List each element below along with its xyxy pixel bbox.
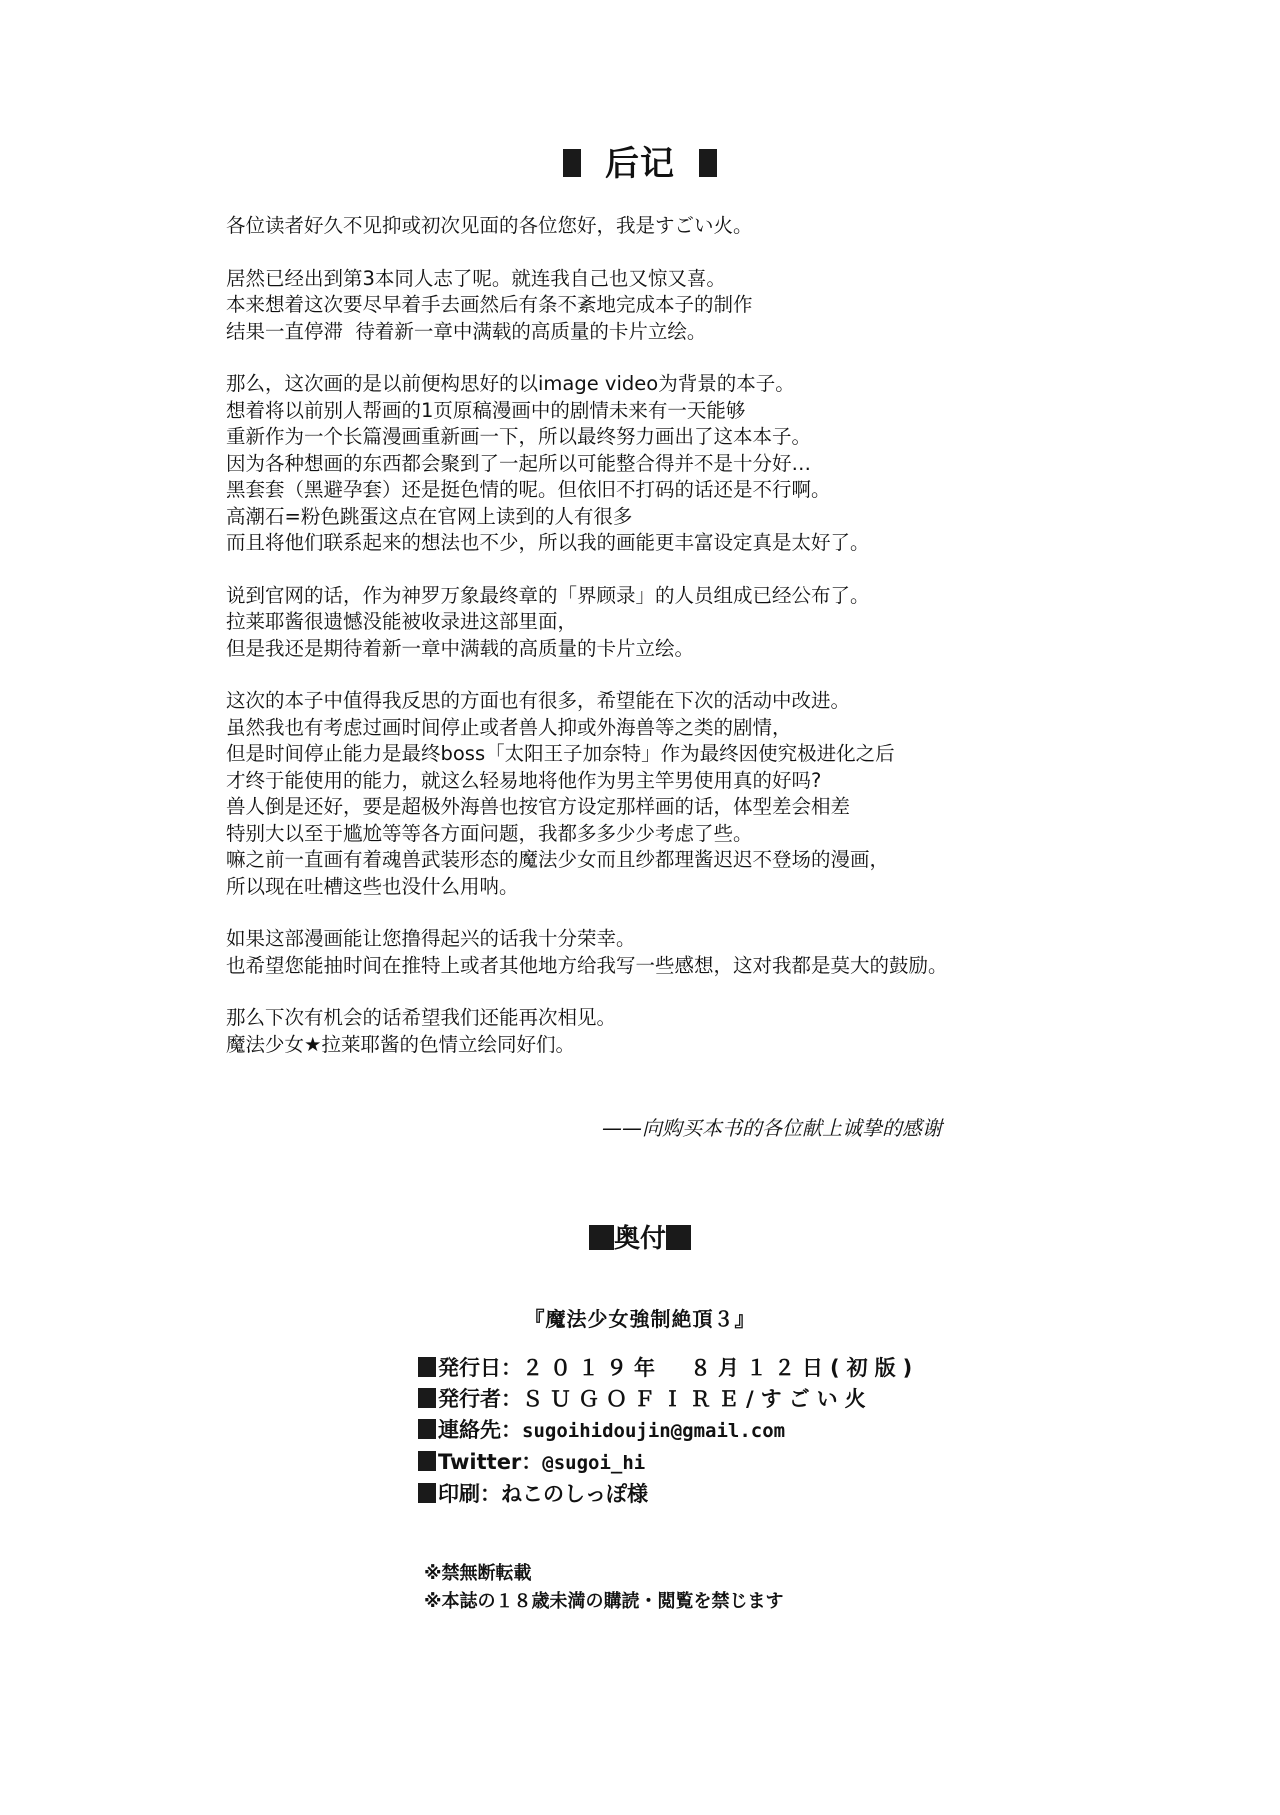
row-label: 発行者：: [438, 1387, 522, 1411]
black-square-icon: [563, 149, 581, 177]
colophon-row-publish-date: 発行日：２０１９年 ８月１２日(初版): [418, 1353, 919, 1384]
black-square-icon: [699, 149, 717, 177]
paragraph-farewell: 那么下次有机会的话希望我们还能再次相见。 魔法少女★拉莱耶酱的色情立绘同好们。: [226, 1005, 1126, 1058]
row-value: ＳＵＧＯＦＩＲＥ/すごい火: [522, 1387, 873, 1411]
twitter-handle: @sugoi_hi: [542, 1452, 645, 1474]
afterword-heading: 后记: [0, 136, 1280, 185]
row-label: Twitter：: [438, 1450, 542, 1474]
colophon-row-publisher: 発行者：ＳＵＧＯＦＩＲＥ/すごい火: [418, 1384, 919, 1415]
colophon-row-contact: 連絡先：sugoihidoujin@gmail.com: [418, 1415, 919, 1447]
afterword-page: 后记 各位读者好久不见抑或初次见面的各位您好，我是すごい火。 居然已经出到第3本…: [0, 0, 1280, 1815]
paragraph-concept: 那么，这次画的是以前便构思好的以image video为背景的本子。 想着将以前…: [226, 371, 1126, 557]
paragraph-official-site: 说到官网的话，作为神罗万象最终章的「界顾录」的人员组成已经公布了。 拉莱耶酱很遗…: [226, 583, 1126, 663]
black-square-icon: [589, 1225, 614, 1250]
paragraph-third-volume: 居然已经出到第3本同人志了呢。就连我自己也又惊又喜。 本来想着这次要尽早着手去画…: [226, 266, 1126, 346]
paragraph-greeting: 各位读者好久不见抑或初次见面的各位您好，我是すごい火。: [226, 213, 1126, 240]
afterword-title: 后记: [605, 144, 675, 184]
black-square-icon: [418, 1483, 436, 1503]
black-square-icon: [418, 1451, 436, 1471]
book-title: 『魔法少女強制絶頂３』: [0, 1303, 1280, 1332]
colophon-row-twitter: Twitter：@sugoi_hi: [418, 1447, 919, 1479]
row-label: 印刷：: [438, 1482, 501, 1506]
notice-no-reprint: ※禁無断転載: [424, 1560, 784, 1588]
black-square-icon: [418, 1388, 436, 1408]
colophon-row-printer: 印刷：ねこのしっぽ様: [418, 1479, 919, 1510]
notice-age-restriction: ※本誌の１８歳未満の購読・閲覧を禁じます: [424, 1588, 784, 1616]
paragraph-feedback-request: 如果这部漫画能让您撸得起兴的话我十分荣幸。 也希望您能抽时间在推特上或者其他地方…: [226, 926, 1126, 979]
colophon-heading: 奥付: [0, 1218, 1280, 1255]
notices: ※禁無断転載 ※本誌の１８歳未満の購読・閲覧を禁じます: [424, 1560, 784, 1616]
paragraph-reflection: 这次的本子中值得我反思的方面也有很多，希望能在下次的活动中改进。 虽然我也有考虑…: [226, 688, 1126, 900]
black-square-icon: [418, 1419, 436, 1439]
row-value: ねこのしっぽ様: [501, 1482, 648, 1506]
row-label: 連絡先：: [438, 1418, 522, 1442]
colophon-list: 発行日：２０１９年 ８月１２日(初版) 発行者：ＳＵＧＯＦＩＲＥ/すごい火 連絡…: [418, 1353, 919, 1510]
afterword-body: 各位读者好久不见抑或初次见面的各位您好，我是すごい火。 居然已经出到第3本同人志…: [226, 213, 1126, 1084]
black-square-icon: [666, 1225, 691, 1250]
row-label: 発行日：: [438, 1356, 522, 1380]
row-value: ２０１９年 ８月１２日(初版): [522, 1356, 919, 1380]
colophon-title: 奥付: [614, 1224, 666, 1254]
black-square-icon: [418, 1357, 436, 1377]
contact-email: sugoihidoujin@gmail.com: [522, 1420, 785, 1442]
signoff-text: ——向购买本书的各位献上诚挚的感谢: [602, 1112, 942, 1141]
